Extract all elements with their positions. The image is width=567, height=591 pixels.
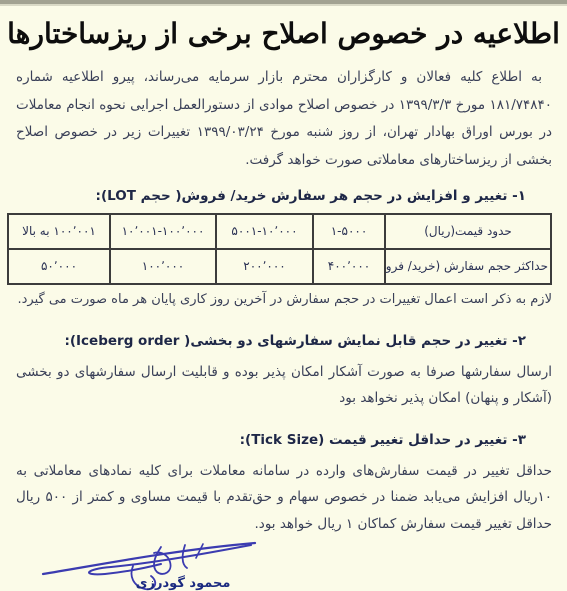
- table-row-max-order-volume: حداکثر حجم سفارش (خرید/ فروش) ۴۰۰٬۰۰۰ ۲۰…: [8, 249, 551, 284]
- price-range-cell-1: ۱-۵۰۰۰: [313, 214, 385, 249]
- section-1-note: لازم به ذکر است اعمال تغییرات در حجم سفا…: [16, 292, 552, 307]
- announcement-document: اطلاعیه در خصوص اصلاح برخی از ریزساختاره…: [0, 0, 567, 591]
- max-volume-cell-4: ۵۰٬۰۰۰: [8, 249, 110, 284]
- table-row-price-range: حدود قیمت(ریال) ۱-۵۰۰۰ ۵۰۰۱-۱۰٬۰۰۰ ۱۰٬۰۰…: [8, 214, 551, 249]
- section-3-body: حداقل تغییر در قیمت سفارش‌های وارده در س…: [16, 458, 552, 538]
- section-2-heading: ۲- تغییر در حجم قابل نمایش سفارشهای دو ب…: [16, 333, 526, 349]
- document-body: به اطلاع کلیه فعالان و کارگزاران محترم ب…: [0, 64, 567, 537]
- top-border-strip: [0, 0, 567, 6]
- section-3-heading: ۳- تغییر در حداقل تغییر قیمت (Tick Size)…: [16, 432, 526, 448]
- intro-paragraph: به اطلاع کلیه فعالان و کارگزاران محترم ب…: [16, 64, 552, 174]
- price-range-cell-4: ۱۰۰٬۰۰۱ به بالا: [8, 214, 110, 249]
- max-volume-cell-2: ۲۰۰٬۰۰۰: [216, 249, 313, 284]
- document-title: اطلاعیه در خصوص اصلاح برخی از ریزساختاره…: [0, 10, 567, 58]
- price-range-label-cell: حدود قیمت(ریال): [385, 214, 551, 249]
- price-range-cell-2: ۵۰۰۱-۱۰٬۰۰۰: [216, 214, 313, 249]
- section-1-heading: ۱- تغییر و افزایش در حجم هر سفارش خرید/ …: [16, 188, 526, 204]
- max-volume-label-cell: حداکثر حجم سفارش (خرید/ فروش): [385, 249, 551, 284]
- max-volume-cell-1: ۴۰۰٬۰۰۰: [313, 249, 385, 284]
- signature-block: محمود گودرزی: [28, 530, 268, 591]
- price-range-cell-3: ۱۰٬۰۰۱-۱۰۰٬۰۰۰: [110, 214, 216, 249]
- signatory-name: محمود گودرزی: [98, 576, 268, 591]
- max-volume-cell-3: ۱۰۰٬۰۰۰: [110, 249, 216, 284]
- lot-volume-table: حدود قیمت(ریال) ۱-۵۰۰۰ ۵۰۰۱-۱۰٬۰۰۰ ۱۰٬۰۰…: [7, 213, 552, 285]
- section-2-body: ارسال سفارشها صرفا به صورت آشکار امکان پ…: [16, 359, 552, 412]
